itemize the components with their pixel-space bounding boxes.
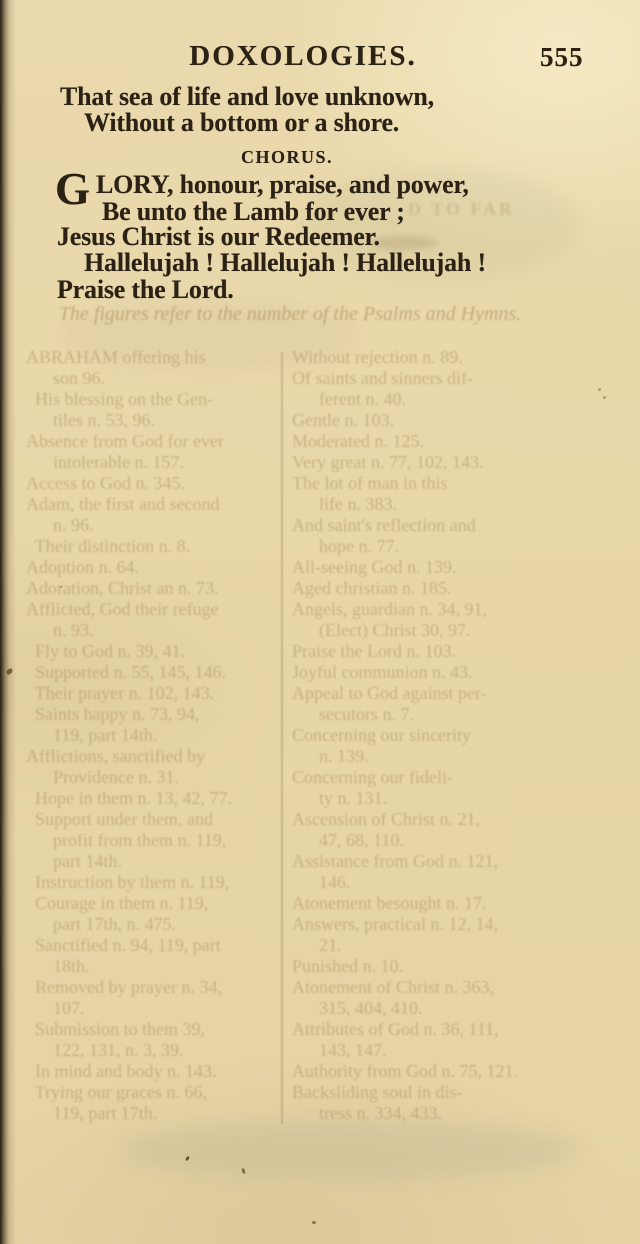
chorus-line: LORY, honour, praise, and power,: [96, 170, 469, 200]
bleedthrough-line: hope n. 77.: [292, 536, 564, 557]
bleedthrough-line: Supported n. 55, 145, 146.: [26, 662, 278, 683]
bleedthrough-line: profit from them n. 119,: [26, 830, 278, 851]
paper-speck: [603, 396, 606, 399]
bleedthrough-line: Angels, guardian n. 34, 91,: [292, 599, 564, 620]
bleedthrough-line: ABRAHAM offering his: [26, 347, 278, 368]
bleedthrough-line: Attributes of God n. 36, 111,: [292, 1019, 564, 1040]
bleedthrough-line: 315, 404, 410.: [292, 998, 564, 1019]
bleedthrough-line: Support under them, and: [26, 809, 278, 830]
bleedthrough-line: Aged christian n. 185.: [292, 578, 564, 599]
bleedthrough-line: Adam, the first and second: [26, 494, 278, 515]
bleedthrough-line: Trying our graces n. 66,: [26, 1082, 278, 1103]
bleedthrough-line: Absence from God for ever: [26, 431, 278, 452]
bleedthrough-line: Backsliding soul in dis-: [292, 1082, 564, 1103]
bleedthrough-line: Removed by prayer n. 34,: [26, 977, 278, 998]
chorus-line: Praise the Lord.: [57, 275, 234, 305]
bleedthrough-line: 107.: [26, 998, 278, 1019]
bleedthrough-line: Joyful communion n. 43.: [292, 662, 564, 683]
bleedthrough-line: Concerning our fideli-: [292, 767, 564, 788]
bleedthrough-line: Fly to God n. 39, 41.: [26, 641, 278, 662]
bleedthrough-line: Gentle n. 103.: [292, 410, 564, 431]
bleedthrough-line: Access to God n. 345.: [26, 473, 278, 494]
bleedthrough-line: intolerable n. 157.: [26, 452, 278, 473]
bleedthrough-line: Authority from God n. 75, 121.: [292, 1061, 564, 1082]
bleedthrough-line: part 17th, n. 475.: [26, 914, 278, 935]
bleedthrough-line: n. 139.: [292, 746, 564, 767]
bleedthrough-line: (Elect) Christ 30, 97.: [292, 620, 564, 641]
bleedthrough-line: Appeal to God against per-: [292, 683, 564, 704]
bleedthrough-line: son 96.: [26, 368, 278, 389]
bleedthrough-line: life n. 383.: [292, 494, 564, 515]
bleedthrough-line: Assistance from God n. 121,: [292, 851, 564, 872]
bleedthrough-line: Very great n. 77, 102, 143.: [292, 452, 564, 473]
bleedthrough-line: Providence n. 31.: [26, 767, 278, 788]
bleedthrough-line: 18th.: [26, 956, 278, 977]
bleedthrough-left-column: ABRAHAM offering his son 96. His blessin…: [26, 347, 278, 1124]
bleedthrough-line: Moderated n. 125.: [292, 431, 564, 452]
bleedthrough-line: 122, 131, n. 3, 39.: [26, 1040, 278, 1061]
bleedthrough-line: Praise the Lord n. 103.: [292, 641, 564, 662]
bleedthrough-line: secutors n. 7.: [292, 704, 564, 725]
bleedthrough-line: n. 96.: [26, 515, 278, 536]
page-number: 555: [540, 42, 584, 73]
bleedthrough-line: ty n. 131.: [292, 788, 564, 809]
bleedthrough-line: Saints happy n. 73, 94,: [26, 704, 278, 725]
bleedthrough-line: ferent n. 40.: [292, 389, 564, 410]
bleedthrough-line: tiles n. 53, 96.: [26, 410, 278, 431]
paper-tone-blotch: [120, 1120, 580, 1180]
page-gutter-shadow: [0, 0, 16, 1244]
paper-speck: [60, 586, 62, 588]
bleedthrough-line: Hope in them n. 13, 42, 77.: [26, 788, 278, 809]
bleedthrough-line: tress n. 334, 433.: [292, 1103, 564, 1124]
bleedthrough-line: Atonement besought n. 17.: [292, 893, 564, 914]
bleedthrough-line: In mind and body n. 143.: [26, 1061, 278, 1082]
paper-speck: [312, 1221, 316, 1224]
verse-line: Without a bottom or a shore.: [84, 108, 399, 138]
bleedthrough-line: 47, 68, 110.: [292, 830, 564, 851]
bleedthrough-line: All-seeing God n. 139.: [292, 557, 564, 578]
bleedthrough-line: Adoration, Christ an n. 73.: [26, 578, 278, 599]
bleedthrough-note-line: The figures refer to the number of the P…: [22, 303, 558, 326]
chorus-line: Hallelujah ! Hallelujah ! Hallelujah !: [84, 248, 486, 278]
bleedthrough-line: Answers, practical n. 12, 14,: [292, 914, 564, 935]
bleedthrough-line: 143, 147.: [292, 1040, 564, 1061]
bleedthrough-line: part 14th.: [26, 851, 278, 872]
bleedthrough-line: Submission to them 39,: [26, 1019, 278, 1040]
bleedthrough-line: And saint's reflection and: [292, 515, 564, 536]
drop-cap-initial: G: [55, 167, 90, 212]
bleedthrough-line: Their distinction n. 8.: [26, 536, 278, 557]
bleedthrough-line: His blessing on the Gen-: [26, 389, 278, 410]
bleedthrough-line: Atonement of Christ n. 363,: [292, 977, 564, 998]
bleedthrough-line: Adoption n. 64.: [26, 557, 278, 578]
bleedthrough-line: Concerning our sincerity: [292, 725, 564, 746]
bleedthrough-line: 119, part 14th.: [26, 725, 278, 746]
bleedthrough-line: n. 93.: [26, 620, 278, 641]
bleedthrough-line: Their prayer n. 102, 143.: [26, 683, 278, 704]
running-head-title: DOXOLOGIES.: [0, 40, 606, 73]
bleedthrough-heading-fragment: D TO FAR: [408, 199, 578, 220]
bleedthrough-line: 119, part 17th.: [26, 1103, 278, 1124]
bleedthrough-column-divider: [281, 352, 283, 1124]
bleedthrough-line: Without rejection n. 89.: [292, 347, 564, 368]
bleedthrough-line: Instruction by them n. 119,: [26, 872, 278, 893]
bleedthrough-line: 146.: [292, 872, 564, 893]
paper-speck: [598, 388, 601, 391]
bleedthrough-line: Afflicted, God their refuge: [26, 599, 278, 620]
bleedthrough-line: The lot of man in this: [292, 473, 564, 494]
bleedthrough-line: 21.: [292, 935, 564, 956]
bleedthrough-line: Of saints and sinners dif-: [292, 368, 564, 389]
bleedthrough-right-column: Without rejection n. 89.Of saints and si…: [292, 347, 564, 1124]
bleedthrough-line: Sanctified n. 94, 119, part: [26, 935, 278, 956]
bleedthrough-line: Ascension of Christ n. 21,: [292, 809, 564, 830]
book-page-scan: D TO FAR The figures refer to the number…: [0, 0, 640, 1244]
bleedthrough-line: Punished n. 10.: [292, 956, 564, 977]
bleedthrough-line: Afflictions, sanctified by: [26, 746, 278, 767]
bleedthrough-line: Courage in them n. 119,: [26, 893, 278, 914]
